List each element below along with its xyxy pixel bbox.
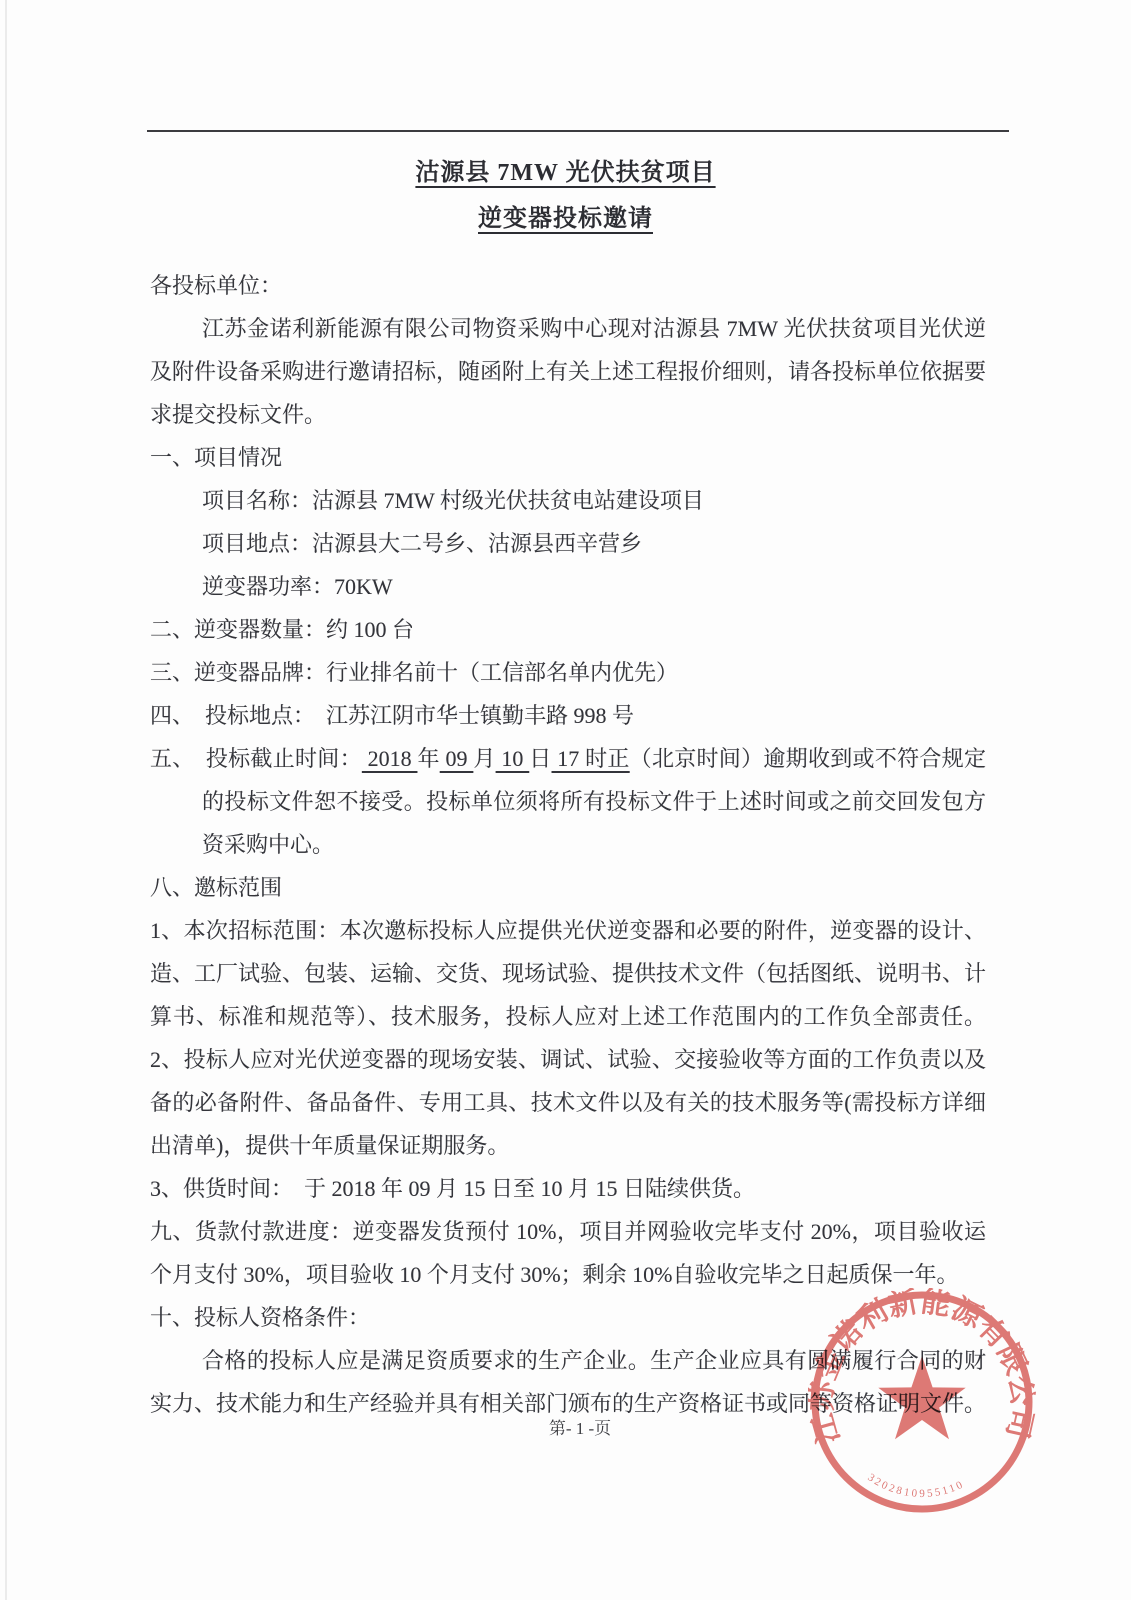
document-title: 沽源县 7MW 光伏扶贫项目 逆变器投标邀请 — [0, 150, 1131, 242]
doc-line: 备的必备附件、备品备件、专用工具、技术文件以及有关的技术服务等(需投标方详细列 — [150, 1081, 986, 1124]
stamp-code-text: 3202810955110 — [865, 1471, 966, 1500]
text-run: 项目名称：沽源县 7MW 村级光伏扶贫电站建设项目 — [202, 488, 704, 513]
text-run: 二、逆变器数量：约 100 台 — [150, 617, 414, 642]
text-run: 备的必备附件、备品备件、专用工具、技术文件以及有关的技术服务等(需投标方详细列 — [150, 1090, 986, 1124]
text-run: 十、投标人资格条件： — [150, 1305, 370, 1330]
text-run: 五、 投标截止时间： — [150, 746, 362, 771]
text-run: 八、邀标范围 — [150, 875, 282, 900]
doc-line: 1、本次招标范围：本次邀标投标人应提供光伏逆变器和必要的附件，逆变器的设计、制 — [150, 909, 986, 952]
doc-line: 资采购中心。 — [150, 823, 986, 866]
doc-line: 2、投标人应对光伏逆变器的现场安装、调试、试验、交接验收等方面的工作负责以及设 — [150, 1038, 986, 1081]
doc-body: 各投标单位：江苏金诺利新能源有限公司物资采购中心现对沽源县 7MW 光伏扶贫项目… — [150, 264, 986, 1425]
text-run: 九、货款付款进度：逆变器发货预付 10%，项目并网验收完毕支付 20%，项目验收… — [150, 1219, 986, 1253]
title-line-2: 逆变器投标邀请 — [0, 196, 1131, 242]
doc-line: 逆变器功率：70KW — [150, 565, 986, 608]
doc-line: 一、项目情况 — [150, 436, 986, 479]
text-run: 造、工厂试验、包装、运输、交货、现场试验、提供技术文件（包括图纸、说明书、计 — [150, 961, 986, 986]
doc-line: 项目地点：沽源县大二号乡、沽源县西辛营乡 — [150, 522, 986, 565]
text-run: 逆变器功率：70KW — [202, 574, 393, 599]
doc-line: 3、供货时间： 于 2018 年 09 月 15 日至 10 月 15 日陆续供… — [150, 1167, 986, 1210]
company-stamp: 江苏金诺利新能源有限公司 3202810955110 — [808, 1288, 1036, 1516]
scanned-document-page: 沽源县 7MW 光伏扶贫项目 逆变器投标邀请 各投标单位：江苏金诺利新能源有限公… — [0, 0, 1131, 1600]
doc-line: 八、邀标范围 — [150, 866, 986, 909]
doc-line: 三、逆变器品牌：行业排名前十（工信部名单内优先） — [150, 651, 986, 694]
text-run: 求提交投标文件。 — [150, 402, 326, 427]
text-run: 出清单)，提供十年质量保证期服务。 — [150, 1133, 509, 1158]
star-icon — [878, 1356, 965, 1439]
doc-line: 四、 投标地点： 江苏江阴市华士镇勤丰路 998 号 — [150, 694, 986, 737]
text-run: 四、 投标地点： 江苏江阴市华士镇勤丰路 998 号 — [150, 703, 634, 728]
doc-line: 江苏金诺利新能源有限公司物资采购中心现对沽源县 7MW 光伏扶贫项目光伏逆变器 — [150, 307, 986, 350]
text-run: 及附件设备采购进行邀请招标，随函附上有关上述工程报价细则，请各投标单位依据要 — [150, 359, 986, 384]
doc-line: 算书、标准和规范等）、技术服务，投标人应对上述工作范围内的工作负全部责任。 — [150, 995, 986, 1038]
doc-line: 各投标单位： — [150, 264, 986, 307]
header-rule — [147, 130, 1009, 132]
underlined-text: 2018 — [362, 746, 418, 771]
text-run: 资采购中心。 — [202, 832, 334, 857]
doc-line: 造、工厂试验、包装、运输、交货、现场试验、提供技术文件（包括图纸、说明书、计 — [150, 952, 986, 995]
doc-line: 九、货款付款进度：逆变器发货预付 10%，项目并网验收完毕支付 20%，项目验收… — [150, 1210, 986, 1253]
text-run: 1、本次招标范围：本次邀标投标人应提供光伏逆变器和必要的附件，逆变器的设计、制 — [150, 918, 986, 952]
underlined-text: 10 — [496, 746, 530, 771]
doc-line: 项目名称：沽源县 7MW 村级光伏扶贫电站建设项目 — [150, 479, 986, 522]
text-run: 算书、标准和规范等）、技术服务，投标人应对上述工作范围内的工作负全部责任。 — [150, 1004, 986, 1029]
text-run: 一、项目情况 — [150, 445, 282, 470]
text-run: 三、逆变器品牌：行业排名前十（工信部名单内优先） — [150, 660, 678, 685]
doc-line: 二、逆变器数量：约 100 台 — [150, 608, 986, 651]
text-run: 各投标单位： — [150, 273, 282, 298]
doc-line: 的投标文件恕不接受。投标单位须将所有投标文件于上述时间或之前交回发包方物 — [150, 780, 986, 823]
text-run: 2、投标人应对光伏逆变器的现场安装、调试、试验、交接验收等方面的工作负责以及设 — [150, 1047, 986, 1081]
text-run: 个月支付 30%，项目验收 10 个月支付 30%；剩余 10%自验收完毕之日起… — [150, 1262, 958, 1287]
doc-line: 求提交投标文件。 — [150, 393, 986, 436]
text-run: 江苏金诺利新能源有限公司物资采购中心现对沽源县 7MW 光伏扶贫项目光伏逆变器 — [202, 316, 986, 350]
underlined-text: 17 时正 — [552, 746, 630, 771]
text-run: （北京时间）逾期收到或不符合规定 — [630, 746, 986, 771]
doc-line: 出清单)，提供十年质量保证期服务。 — [150, 1124, 986, 1167]
doc-line: 及附件设备采购进行邀请招标，随函附上有关上述工程报价细则，请各投标单位依据要 — [150, 350, 986, 393]
text-run: 年 — [417, 746, 439, 771]
underlined-text: 09 — [440, 746, 474, 771]
title-line-1: 沽源县 7MW 光伏扶贫项目 — [0, 150, 1131, 196]
doc-line: 五、 投标截止时间： 2018 年 09 月 10 日 17 时正（北京时间）逾… — [150, 737, 986, 780]
text-run: 项目地点：沽源县大二号乡、沽源县西辛营乡 — [202, 531, 642, 556]
text-run: 的投标文件恕不接受。投标单位须将所有投标文件于上述时间或之前交回发包方物 — [202, 789, 986, 823]
text-run: 月 — [473, 746, 495, 771]
text-run: 3、供货时间： 于 2018 年 09 月 15 日至 10 月 15 日陆续供… — [150, 1176, 755, 1201]
text-run: 日 — [529, 746, 551, 771]
